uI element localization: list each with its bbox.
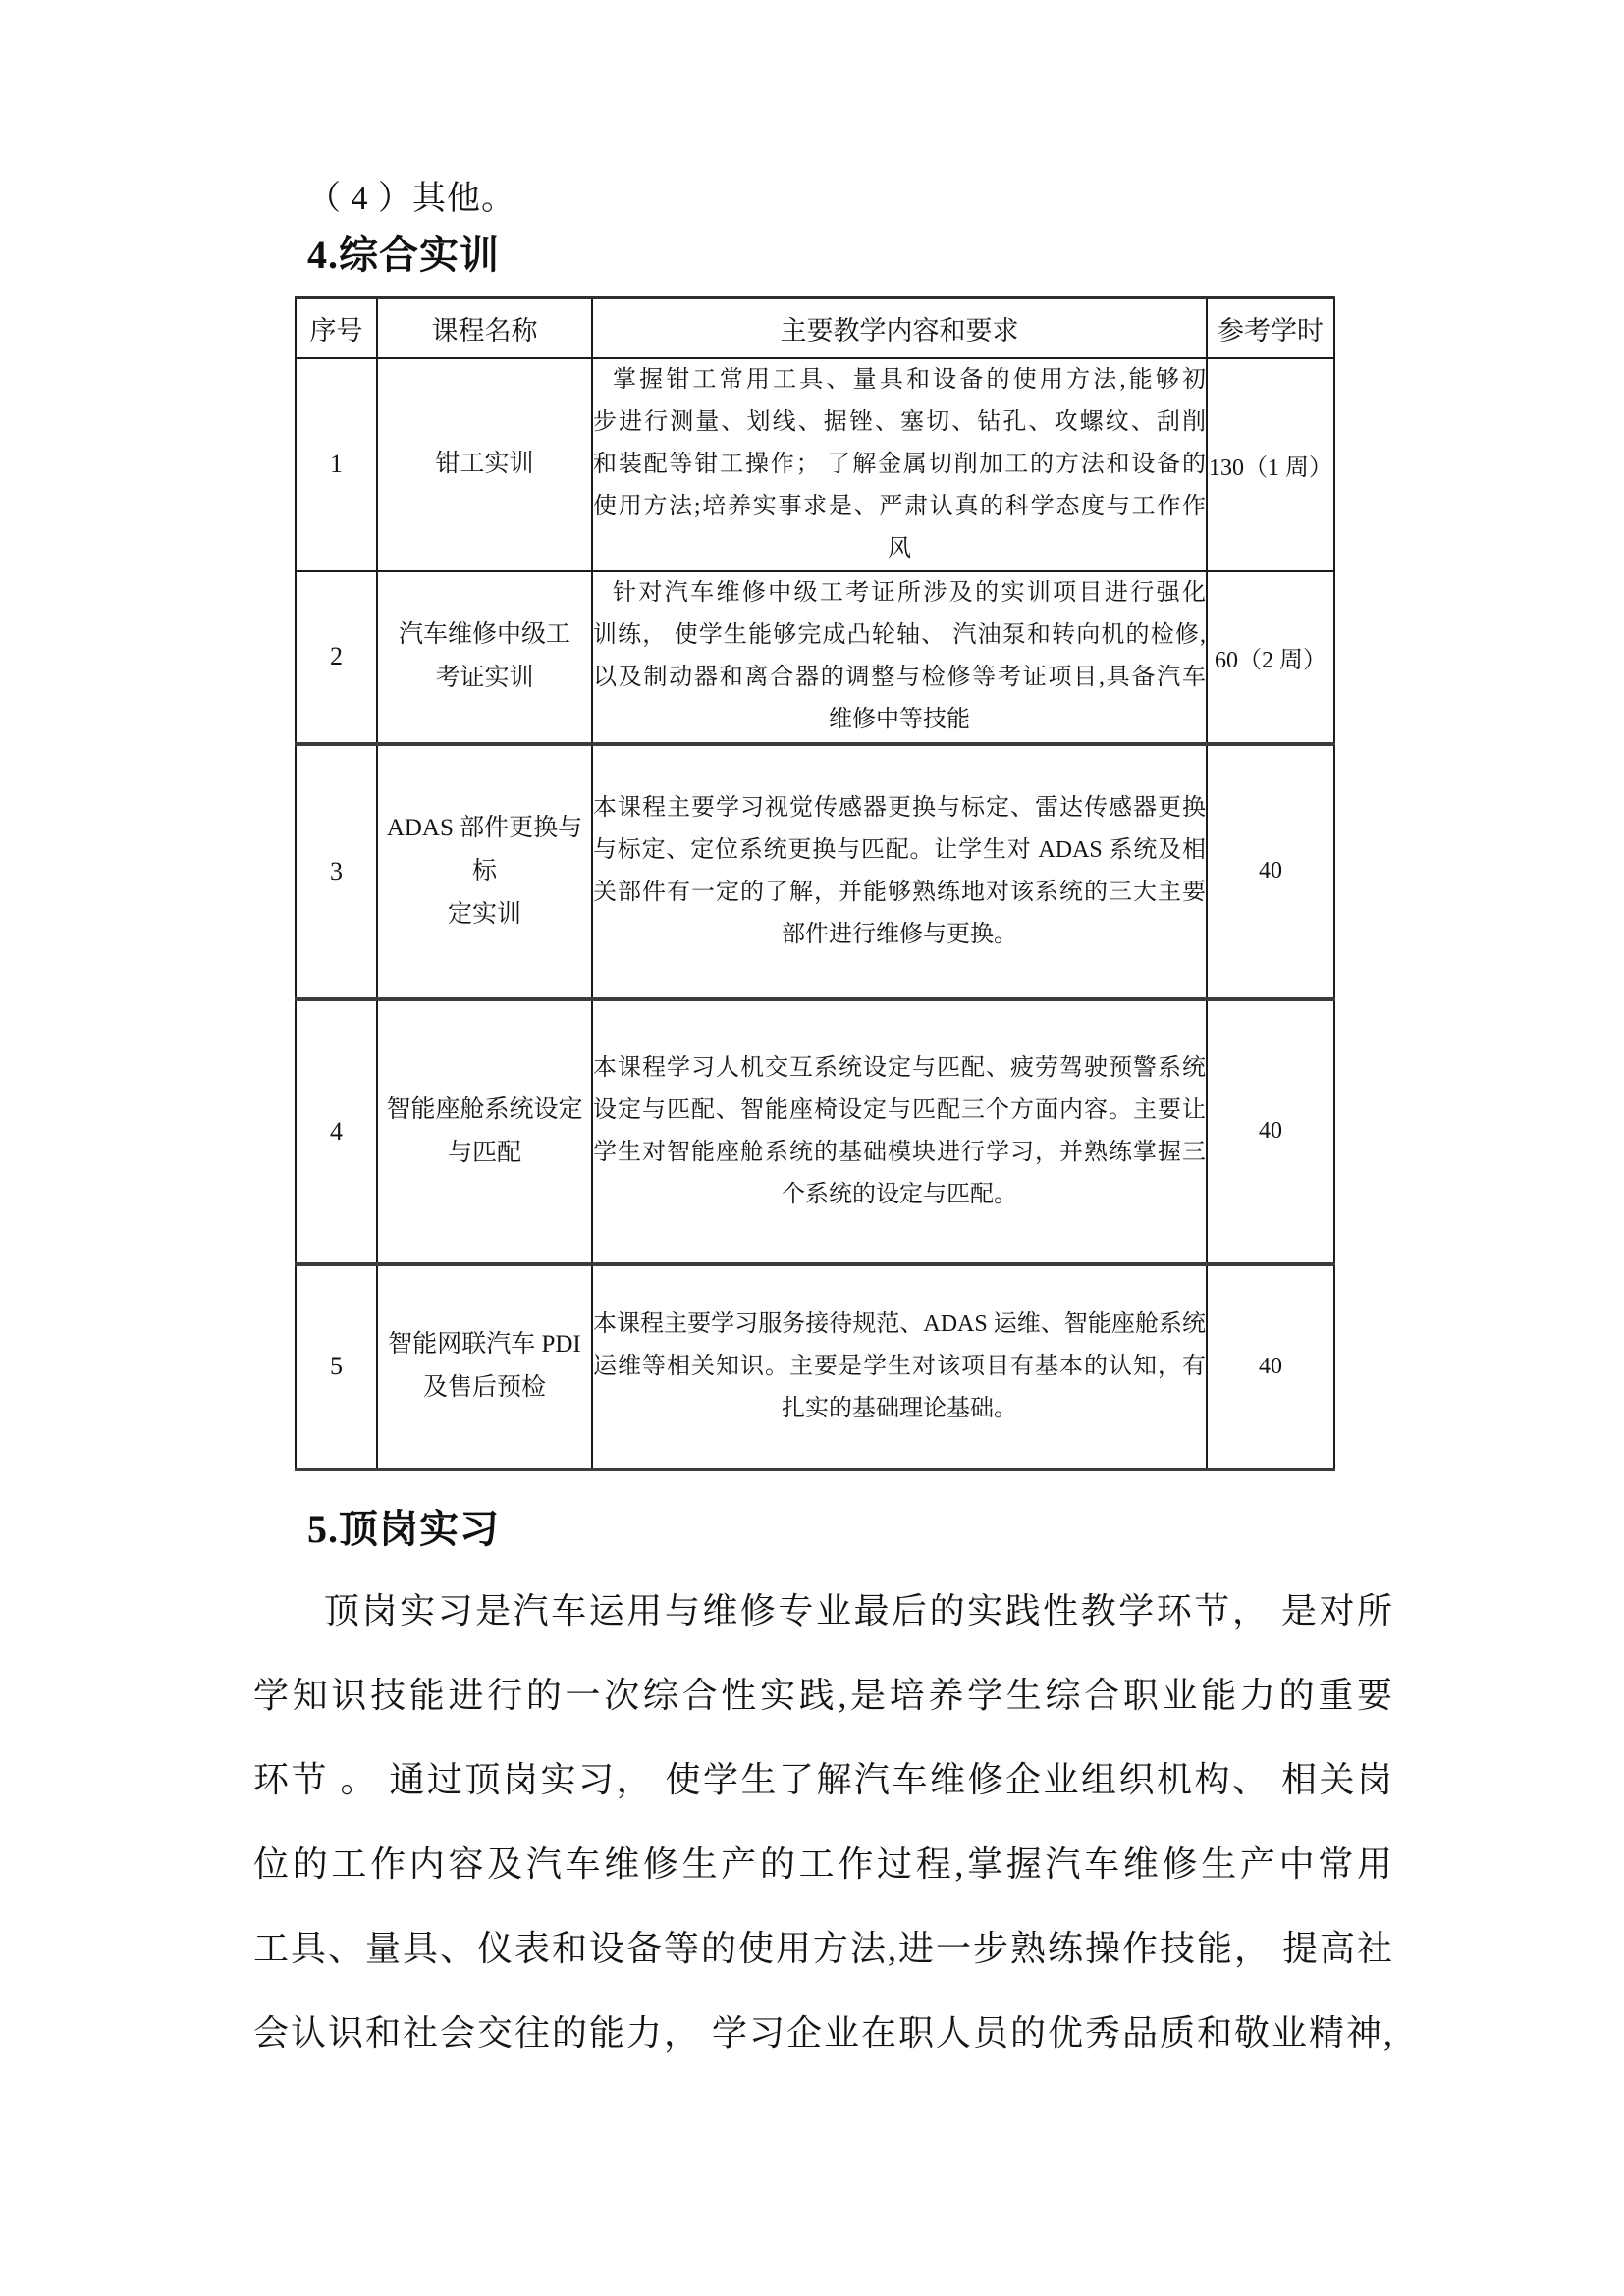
course-name-line: ADAS 部件更换与标: [378, 807, 591, 893]
paragraph-line: 环节 。 通过顶岗实习， 使学生了解汽车维修企业组织机构、 相关岗: [253, 1737, 1392, 1822]
row2-seq: 2: [296, 571, 377, 744]
course-name-line: 汽车维修中级工: [378, 614, 591, 657]
row4-seq: 4: [296, 999, 377, 1264]
row2-hours: 60（2 周）: [1207, 571, 1334, 744]
table-row: 2 汽车维修中级工 考证实训 针对汽车维修中级工考证所涉及的实训项目进行强化 训…: [296, 571, 1334, 744]
course-name-line: 考证实训: [378, 657, 591, 700]
content-line: 与标定、定位系统更换与匹配。让学生对 ADAS 系统及相: [593, 829, 1206, 872]
document-page: （ 4 ）其他。 4.综合实训 序号 课程名称 主要教学内容和要求 参考学时 1…: [0, 0, 1624, 2296]
section-heading-5: 5.顶岗实习: [307, 1504, 500, 1555]
content-line: 本课程主要学习视觉传感器更换与标定、雷达传感器更换: [593, 787, 1206, 829]
paragraph-line: 工具、量具、仪表和设备等的使用方法,进一步熟练操作技能， 提高社: [253, 1906, 1392, 1991]
content-line: 和装配等钳工操作； 了解金属切削加工的方法和设备的: [593, 444, 1206, 486]
paragraph-line: 顶岗实习是汽车运用与维修专业最后的实践性教学环节， 是对所: [253, 1569, 1392, 1653]
internship-paragraph: 顶岗实习是汽车运用与维修专业最后的实践性教学环节， 是对所 学知识技能进行的一次…: [253, 1569, 1392, 2075]
row4-hours: 40: [1207, 999, 1334, 1264]
content-line: 针对汽车维修中级工考证所涉及的实训项目进行强化: [593, 572, 1206, 614]
content-line: 步进行测量、划线、据锉、塞切、钻孔、攻螺纹、刮削: [593, 401, 1206, 444]
content-line: 运维等相关知识。主要是学生对该项目有基本的认知，有: [593, 1346, 1206, 1388]
header-reference-hours: 参考学时: [1207, 298, 1334, 358]
row3-content: 本课程主要学习视觉传感器更换与标定、雷达传感器更换 与标定、定位系统更换与匹配。…: [592, 744, 1207, 999]
table-header-row: 序号 课程名称 主要教学内容和要求 参考学时: [296, 298, 1334, 358]
section-heading-4: 4.综合实训: [307, 230, 500, 281]
content-line: 学生对智能座舱系统的基础模块进行学习，并熟练掌握三: [593, 1132, 1206, 1174]
content-line: 关部件有一定的了解，并能够熟练地对该系统的三大主要: [593, 872, 1206, 914]
header-main-content: 主要教学内容和要求: [592, 298, 1207, 358]
table-row: 5 智能网联汽车 PDI 及售后预检 本课程主要学习服务接待规范、ADAS 运维…: [296, 1264, 1334, 1469]
row5-course-name: 智能网联汽车 PDI 及售后预检: [377, 1264, 592, 1469]
row5-content: 本课程主要学习服务接待规范、ADAS 运维、智能座舱系统 运维等相关知识。主要是…: [592, 1264, 1207, 1469]
content-line: 本课程主要学习服务接待规范、ADAS 运维、智能座舱系统: [593, 1304, 1206, 1346]
content-line: 个系统的设定与匹配。: [593, 1174, 1206, 1216]
content-line: 本课程学习人机交互系统设定与匹配、疲劳驾驶预警系统: [593, 1047, 1206, 1090]
course-name-line: 钳工实训: [378, 443, 591, 486]
content-line: 掌握钳工常用工具、量具和设备的使用方法,能够初: [593, 359, 1206, 401]
course-name-line: 与匹配: [378, 1132, 591, 1175]
row1-content: 掌握钳工常用工具、量具和设备的使用方法,能够初 步进行测量、划线、据锉、塞切、钻…: [592, 358, 1207, 571]
header-course-name: 课程名称: [377, 298, 592, 358]
content-line: 部件进行维修与更换。: [593, 914, 1206, 956]
paragraph-line: 学知识技能进行的一次综合性实践,是培养学生综合职业能力的重要: [253, 1653, 1392, 1737]
row4-content: 本课程学习人机交互系统设定与匹配、疲劳驾驶预警系统 设定与匹配、智能座椅设定与匹…: [592, 999, 1207, 1264]
content-line: 使用方法;培养实事求是、严肃认真的科学态度与工作作: [593, 486, 1206, 528]
row3-hours: 40: [1207, 744, 1334, 999]
row1-course-name: 钳工实训: [377, 358, 592, 571]
content-line: 维修中等技能: [593, 699, 1206, 741]
table-row: 1 钳工实训 掌握钳工常用工具、量具和设备的使用方法,能够初 步进行测量、划线、…: [296, 358, 1334, 571]
list-item-4-other: （ 4 ）其他。: [307, 177, 515, 222]
content-line: 风: [593, 528, 1206, 570]
row3-seq: 3: [296, 744, 377, 999]
table-row: 3 ADAS 部件更换与标 定实训 本课程主要学习视觉传感器更换与标定、雷达传感…: [296, 744, 1334, 999]
table-row: 4 智能座舱系统设定 与匹配 本课程学习人机交互系统设定与匹配、疲劳驾驶预警系统…: [296, 999, 1334, 1264]
course-name-line: 及售后预检: [378, 1366, 591, 1410]
row3-course-name: ADAS 部件更换与标 定实训: [377, 744, 592, 999]
row5-hours: 40: [1207, 1264, 1334, 1469]
row1-seq: 1: [296, 358, 377, 571]
course-name-line: 智能座舱系统设定: [378, 1089, 591, 1132]
course-name-line: 智能网联汽车 PDI: [378, 1323, 591, 1366]
content-line: 以及制动器和离合器的调整与检修等考证项目,具备汽车: [593, 657, 1206, 699]
content-line: 扎实的基础理论基础。: [593, 1388, 1206, 1430]
row2-course-name: 汽车维修中级工 考证实训: [377, 571, 592, 744]
paragraph-line: 会认识和社会交往的能力， 学习企业在职人员的优秀品质和敬业精神,: [253, 1991, 1392, 2075]
header-seq-number: 序号: [296, 298, 377, 358]
course-name-line: 定实训: [378, 893, 591, 936]
content-line: 设定与匹配、智能座椅设定与匹配三个方面内容。主要让: [593, 1090, 1206, 1132]
row4-course-name: 智能座舱系统设定 与匹配: [377, 999, 592, 1264]
row2-content: 针对汽车维修中级工考证所涉及的实训项目进行强化 训练， 使学生能够完成凸轮轴、 …: [592, 571, 1207, 744]
paragraph-line: 位的工作内容及汽车维修生产的工作过程,掌握汽车维修生产中常用: [253, 1822, 1392, 1906]
row5-seq: 5: [296, 1264, 377, 1469]
row1-hours: 130（1 周）: [1207, 358, 1334, 571]
comprehensive-training-table: 序号 课程名称 主要教学内容和要求 参考学时 1 钳工实训 掌握钳工常用工具、量…: [295, 296, 1335, 1471]
content-line: 训练， 使学生能够完成凸轮轴、 汽油泵和转向机的检修,: [593, 614, 1206, 657]
